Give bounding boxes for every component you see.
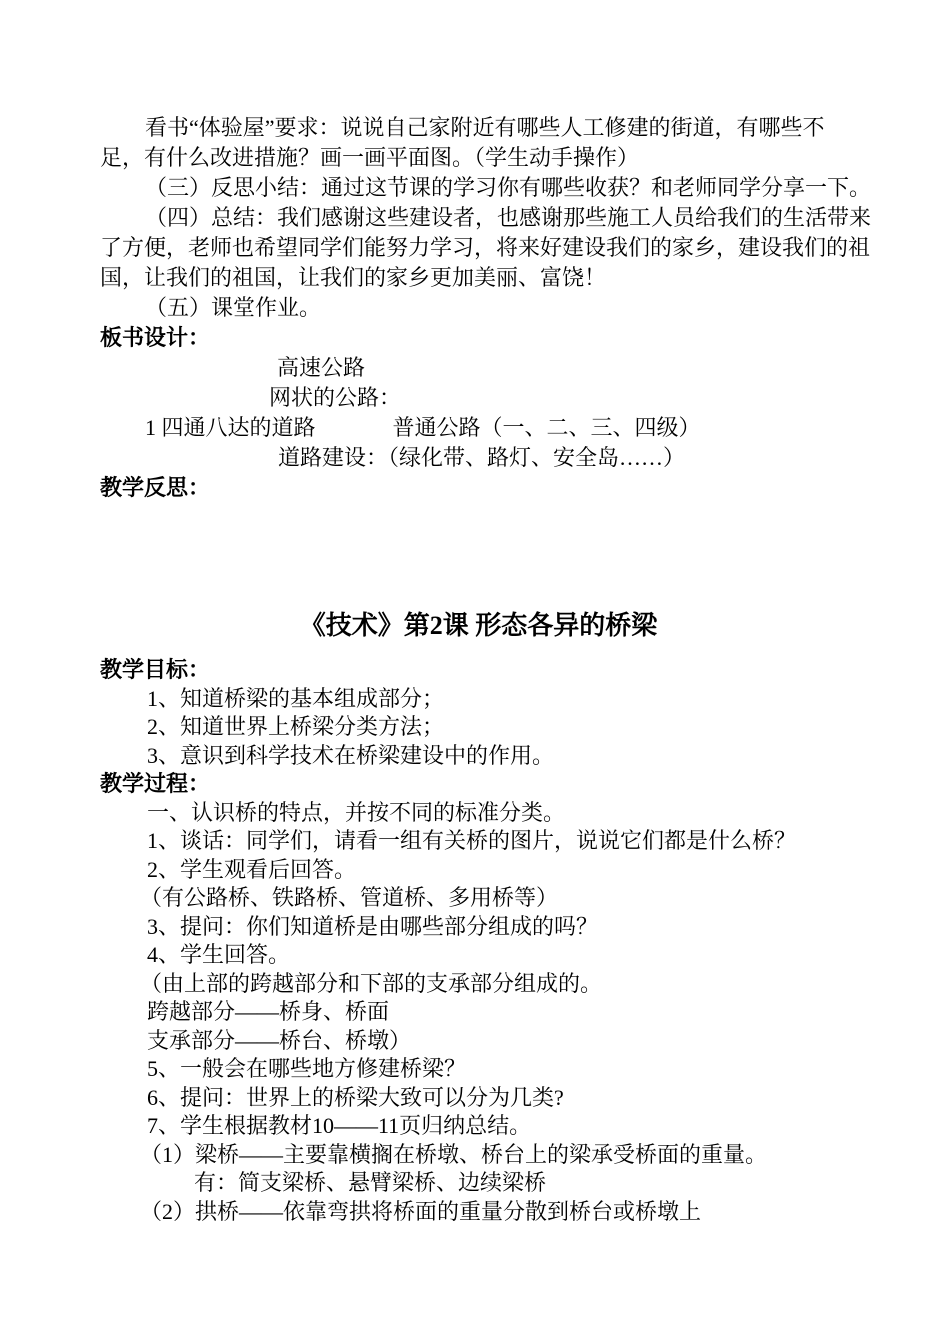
board-line-roads-left: 1 四通八达的道路 [145, 415, 316, 440]
lesson1-section: 看书“体验屋”要求：说说自己家附近有哪些人工修建的街道，有哪些不 足，有什么改进… [100, 113, 857, 503]
text-line: 看书“体验屋”要求：说说自己家附近有哪些人工修建的街道，有哪些不 [100, 113, 857, 143]
text-line: 了方便，老师也希望同学们能努力学习，将来好建设我们的家乡，建设我们的祖 [100, 233, 857, 263]
process-line: 5、一般会在哪些地方修建桥梁？ [100, 1055, 857, 1084]
lesson-title: 《技术》第2课 形态各异的桥梁 [100, 605, 857, 647]
goal-item: 2、知道世界上桥梁分类方法； [100, 713, 857, 742]
board-line-network-roads: 网状的公路： [100, 383, 857, 413]
text-line: 国，让我们的祖国，让我们的家乡更加美丽、富饶！ [100, 263, 857, 293]
board-line-roads: 1 四通八达的道路普通公路（一、二、三、四级） [100, 413, 857, 443]
process-line: 支承部分——桥台、桥墩） [100, 1027, 857, 1056]
process-line: 有：简支梁桥、悬臂梁桥、边续梁桥 [100, 1169, 857, 1198]
teaching-process-heading: 教学过程： [100, 770, 857, 799]
process-line: 2、学生观看后回答。 [100, 856, 857, 885]
process-line: （2）拱桥——依靠弯拱将桥面的重量分散到桥台或桥墩上 [100, 1198, 857, 1227]
goal-item: 1、知道桥梁的基本组成部分； [100, 685, 857, 714]
process-line: 一、认识桥的特点，并按不同的标准分类。 [100, 799, 857, 828]
text-line: （五）课堂作业。 [100, 293, 857, 323]
text-line: 足，有什么改进措施？画一画平面图。（学生动手操作） [100, 143, 857, 173]
goal-item: 3、意识到科学技术在桥梁建设中的作用。 [100, 742, 857, 771]
process-line: 7、学生根据教材10——11页归纳总结。 [100, 1112, 857, 1141]
section-gap [100, 503, 857, 605]
process-line: （由上部的跨越部分和下部的支承部分组成的。 [100, 970, 857, 999]
teaching-goals-heading: 教学目标： [100, 656, 857, 685]
board-line-road-construction: 道路建设：（绿化带、路灯、安全岛……） [100, 443, 857, 473]
process-line: 4、学生回答。 [100, 941, 857, 970]
process-line: （1）梁桥——主要靠横搁在桥墩、桥台上的梁承受桥面的重量。 [100, 1141, 857, 1170]
teaching-reflection-heading: 教学反思： [100, 473, 857, 503]
text-line: （四）总结：我们感谢这些建设者，也感谢那些施工人员给我们的生活带来 [100, 203, 857, 233]
board-design-heading: 板书设计： [100, 323, 857, 353]
board-line-expressway: 高速公路 [100, 353, 857, 383]
process-line: 跨越部分——桥身、桥面 [100, 998, 857, 1027]
process-line: 3、提问：你们知道桥是由哪些部分组成的吗？ [100, 913, 857, 942]
board-line-roads-right: 普通公路（一、二、三、四级） [393, 415, 701, 440]
lesson2-section: 教学目标： 1、知道桥梁的基本组成部分； 2、知道世界上桥梁分类方法； 3、意识… [100, 656, 857, 1226]
document-page: 看书“体验屋”要求：说说自己家附近有哪些人工修建的街道，有哪些不 足，有什么改进… [0, 0, 950, 1342]
text-line: （三）反思小结：通过这节课的学习你有哪些收获？和老师同学分享一下。 [100, 173, 857, 203]
process-line: 1、谈话：同学们，请看一组有关桥的图片，说说它们都是什么桥？ [100, 827, 857, 856]
process-line: （有公路桥、铁路桥、管道桥、多用桥等） [100, 884, 857, 913]
process-line: 6、提问：世界上的桥梁大致可以分为几类? [100, 1084, 857, 1113]
